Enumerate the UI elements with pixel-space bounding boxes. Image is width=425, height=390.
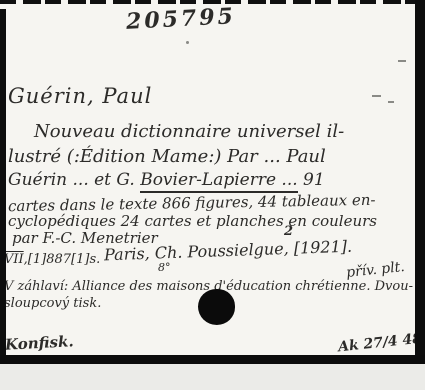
catalog-card-scan: 205795 Guérin, Paul Nouveau dictionnaire…	[0, 0, 425, 390]
scan-noise-mark	[186, 41, 189, 44]
collation-statement: VII,[1]887[1]s.	[4, 252, 100, 267]
title-line-2: lustré (:Édition Mame:) Par ... Paul	[8, 146, 326, 167]
note-line-2: sloupcový tisk.	[4, 296, 101, 311]
collation-pages: ,[1]887[1]s.	[24, 252, 101, 267]
binding-note: přív. plt.	[345, 259, 405, 281]
title-line-3-prefix: Guérin ... et G.	[8, 170, 140, 190]
catalog-card: 205795 Guérin, Paul Nouveau dictionnaire…	[0, 0, 425, 357]
title-line-5: cyclopédiques 24 cartes et planches en c…	[8, 212, 377, 230]
scan-edge-right	[415, 0, 425, 358]
title-line-3: Guérin ... et G. Bovier-Lapierre ... 91	[8, 170, 325, 190]
title-line-1: Nouveau dictionnaire universel il-	[34, 121, 344, 142]
format-statement: 8°	[158, 261, 171, 274]
author-heading: Guérin, Paul	[8, 84, 152, 108]
date-annotation: Ak 27/4 48	[337, 331, 422, 356]
punch-hole	[198, 289, 235, 325]
coauthor-underlined: Bovier-Lapierre ...	[140, 170, 297, 193]
scan-noise-mark	[398, 60, 406, 62]
confiscation-note: Konfisk.	[5, 332, 74, 354]
accession-number: 205795	[125, 3, 236, 35]
collation-roman-numeral: VII	[4, 252, 24, 267]
scan-background-below-card	[0, 364, 425, 390]
scan-noise-mark	[388, 101, 394, 103]
scan-noise-mark	[372, 95, 381, 97]
scan-edge-bottom	[0, 355, 425, 364]
imprint-date-correction: 2	[284, 224, 293, 239]
scan-edge-top	[0, 0, 425, 4]
scan-edge-left	[0, 9, 6, 358]
title-line-3-suffix: 91	[298, 170, 325, 190]
